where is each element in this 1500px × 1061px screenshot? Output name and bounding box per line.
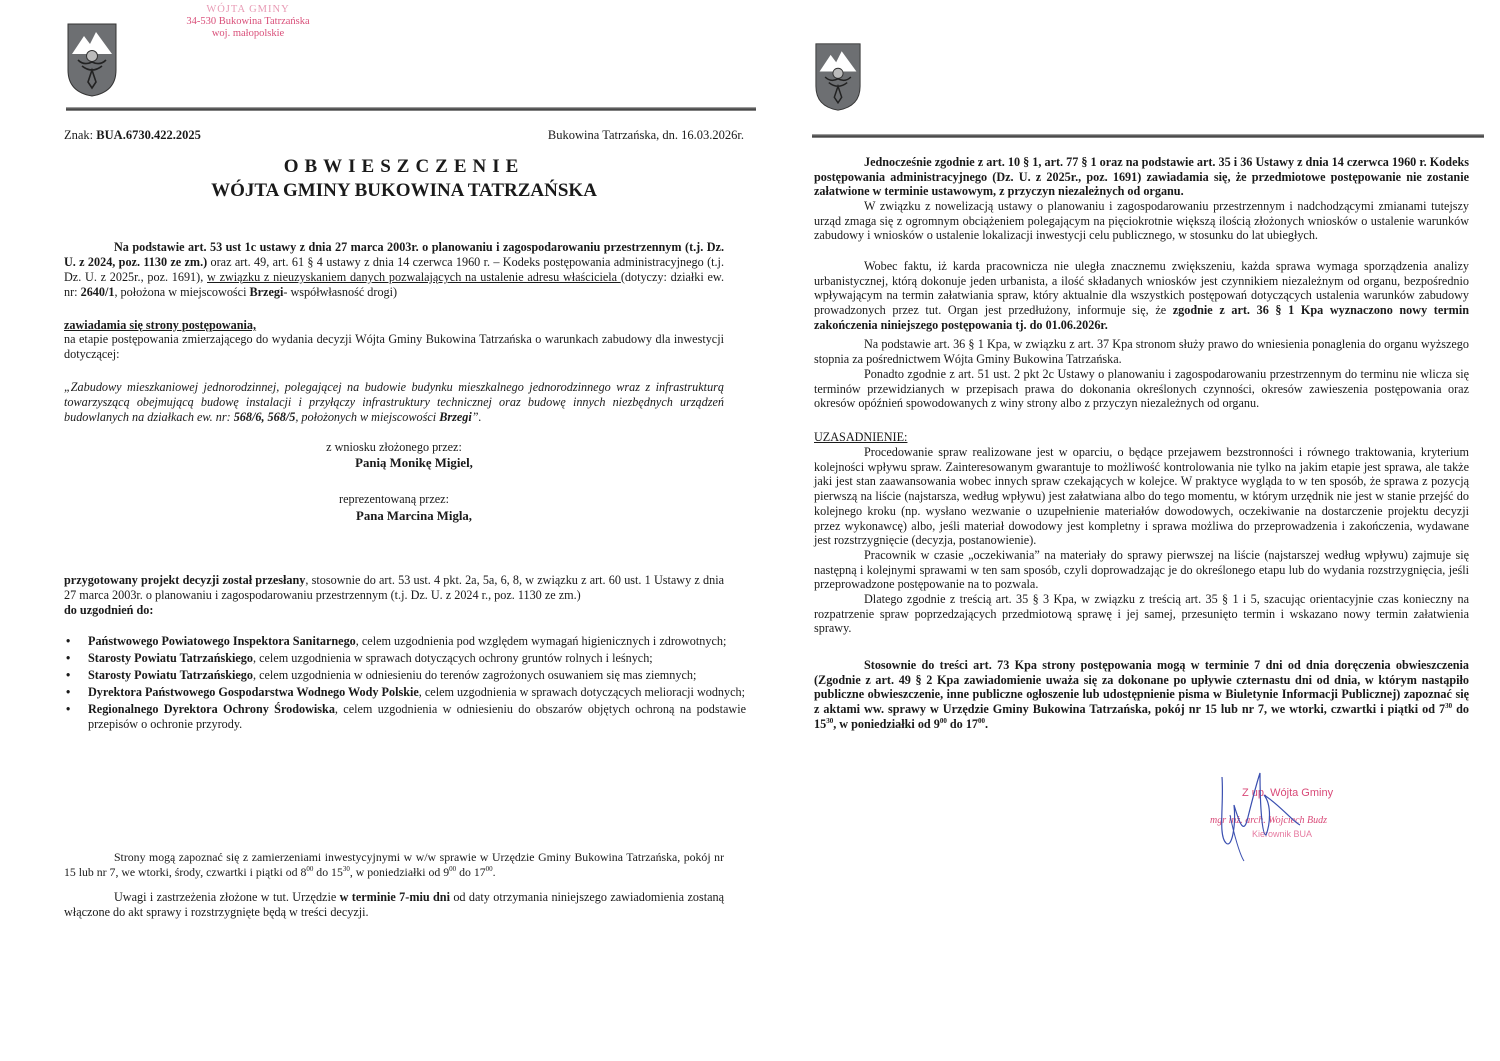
agency-item: Państwowego Powiatowego Inspektora Sanit… [88,634,746,649]
stamp-line-1: WÓJTA GMINY [168,4,328,16]
applicant-name: Panią Monikę Migiel, [64,456,764,471]
delay-notice: Jednocześnie zgodnie z art. 10 § 1, art.… [814,155,1469,199]
right-page: Jednocześnie zgodnie z art. 10 § 1, art.… [790,0,1500,1061]
justification-paragraph-2: Pracownik w czasie „oczekiwania” na mate… [814,548,1469,592]
agency-item: Regionalnego Dyrektora Ochrony Środowisk… [88,702,746,732]
justification-heading: UZASADNIENIE: [814,430,1469,445]
agency-item: Starosty Powiatu Tatrzańskiego, celem uz… [88,651,746,666]
header-rule [66,107,756,111]
notify-heading: zawiadamia się strony postępowania, [64,318,724,333]
exclusions-paragraph: Ponadto zgodnie z art. 51 ust. 2 pkt 2c … [814,367,1469,411]
notify-text: na etapie postępowania zmierzającego do … [64,332,724,362]
signature-block: Z up. Wójta Gminy mgr inż. arch. Wojciec… [1200,765,1380,865]
agency-list: Państwowego Powiatowego Inspektora Sanit… [64,634,746,734]
stamp-line-3: woj. małopolskie [168,28,328,40]
investment-description: „Zabudowy mieszkaniowej jednorodzinnej, … [64,380,724,425]
access-paragraph: Strony mogą zapoznać się z zamierzeniami… [64,850,724,880]
case-reference: Znak: BUA.6730.422.2025 [64,128,201,143]
header-rule [812,134,1484,138]
representative-label: reprezentowaną przez: [64,492,724,507]
remarks-paragraph: Uwagi i zastrzeżenia złożone w tut. Urzę… [64,890,724,920]
applicant-label: z wniosku złożonego przez: [64,440,724,455]
workload-paragraph: W związku z nowelizacją ustawy o planowa… [814,199,1469,243]
document-subtitle: WÓJTA GMINY BUKOWINA TATRZAŃSKA [64,180,744,202]
file-access-paragraph: Stosownie do treści art. 73 Kpa strony p… [814,658,1469,732]
agency-item: Dyrektora Państwowego Gospodarstwa Wodne… [88,685,746,700]
coat-of-arms-icon [814,42,862,112]
stamp-line-2: 34-530 Bukowina Tatrzańska [168,16,328,28]
coat-of-arms-icon [66,22,118,98]
place-date: Bukowina Tatrzańska, dn. 16.03.2026r. [548,128,744,143]
staffing-paragraph: Wobec faktu, iż karda pracownicza nie ul… [814,259,1469,333]
intro-paragraph: Na podstawie art. 53 ust 1c ustawy z dni… [64,240,724,300]
agency-item: Starosty Powiatu Tatrzańskiego, celem uz… [88,668,746,683]
left-page: WÓJTA GMINY 34-530 Bukowina Tatrzańska w… [0,0,760,1061]
justification-paragraph-3: Dlatego zgodnie z treścią art. 35 § 3 Kp… [814,592,1469,636]
appeal-paragraph: Na podstawie art. 36 § 1 Kpa, w związku … [814,337,1469,366]
handwritten-signature-icon [1200,765,1380,865]
office-stamp: WÓJTA GMINY 34-530 Bukowina Tatrzańska w… [168,4,328,40]
justification-paragraph-1: Procedowanie spraw realizowane jest w op… [814,445,1469,548]
document-title: OBWIESZCZENIE [64,156,744,178]
representative-name: Pana Marcina Migla, [64,509,764,524]
draft-decision-paragraph: przygotowany projekt decyzji został prze… [64,573,724,618]
